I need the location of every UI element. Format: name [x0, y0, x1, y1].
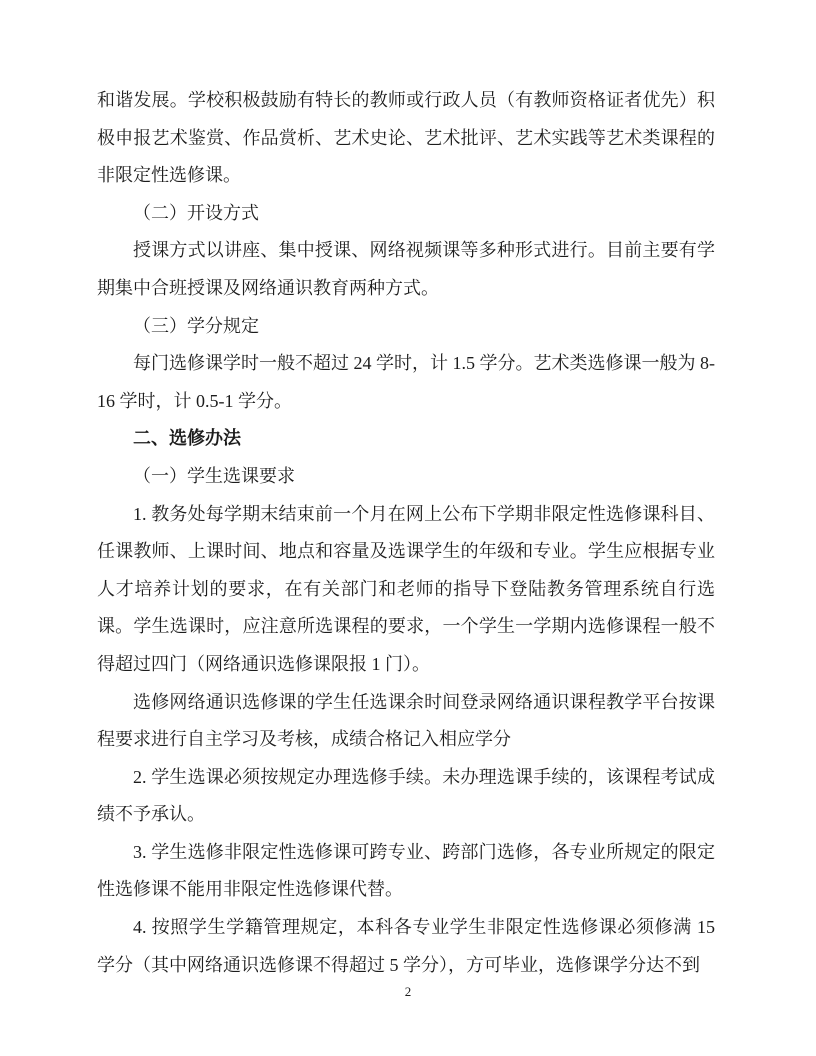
paragraph: 和谐发展。学校积极鼓励有特长的教师或行政人员（有教师资格证者优先）积极申报艺术鉴…	[97, 82, 715, 195]
page-body-text: 和谐发展。学校积极鼓励有特长的教师或行政人员（有教师资格证者优先）积极申报艺术鉴…	[97, 82, 715, 984]
paragraph: 选修网络通识选修课的学生任选课余时间登录网络通识课程教学平台按课程要求进行自主学…	[97, 684, 715, 759]
paragraph: 每门选修课学时一般不超过 24 学时，计 1.5 学分。艺术类选修课一般为 8-…	[97, 345, 715, 420]
document-page: 和谐发展。学校积极鼓励有特长的教师或行政人员（有教师资格证者优先）积极申报艺术鉴…	[0, 0, 816, 1056]
paragraph: 授课方式以讲座、集中授课、网络视频课等多种形式进行。目前主要有学期集中合班授课及…	[97, 232, 715, 307]
paragraph: 3. 学生选修非限定性选修课可跨专业、跨部门选修，各专业所规定的限定性选修课不能…	[97, 834, 715, 909]
page-number: 2	[0, 984, 816, 1000]
section-heading: 二、选修办法	[97, 420, 715, 458]
paragraph: 4. 按照学生学籍管理规定，本科各专业学生非限定性选修课必须修满 15 学分（其…	[97, 909, 715, 984]
paragraph: 2. 学生选课必须按规定办理选修手续。未办理选课手续的，该课程考试成绩不予承认。	[97, 759, 715, 834]
paragraph: （一）学生选课要求	[97, 458, 715, 496]
paragraph: （二）开设方式	[97, 195, 715, 233]
paragraph: 1. 教务处每学期末结束前一个月在网上公布下学期非限定性选修课科目、任课教师、上…	[97, 496, 715, 684]
paragraph: （三）学分规定	[97, 308, 715, 346]
